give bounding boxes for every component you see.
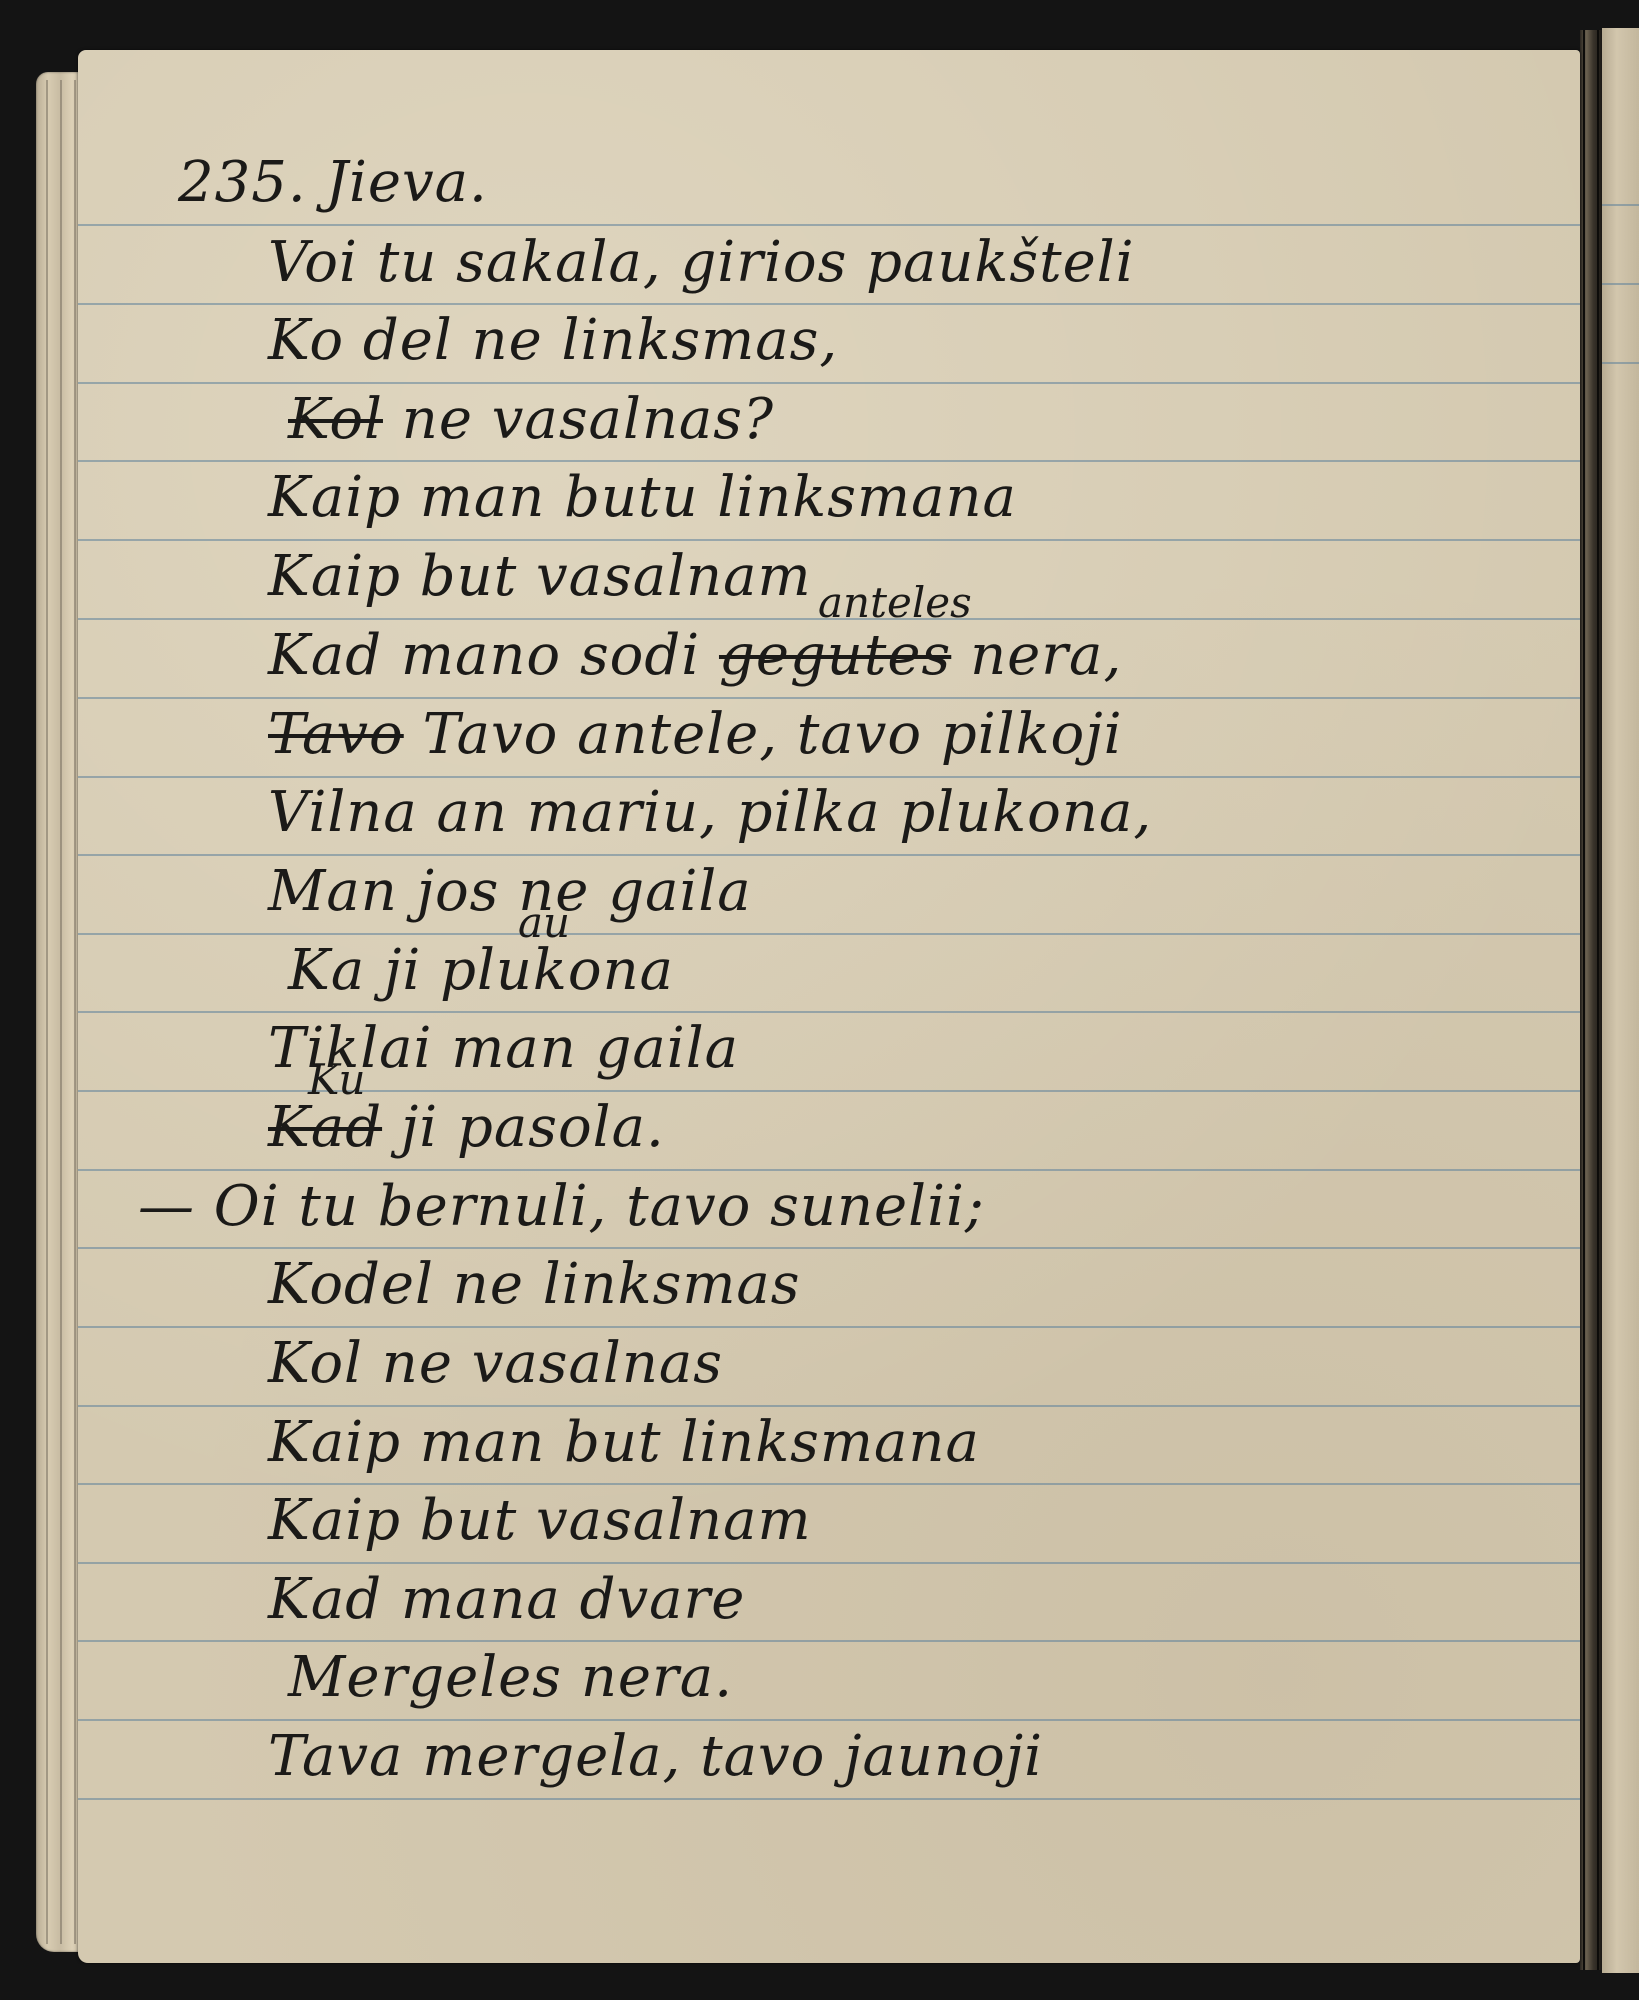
ruled-line bbox=[78, 854, 1580, 856]
song-heading: 235. Jieva. bbox=[178, 150, 488, 215]
ruled-line bbox=[78, 1719, 1580, 1721]
ruled-line bbox=[78, 776, 1580, 778]
verse-line: Tava mergela, tavo jaunoji bbox=[268, 1724, 1043, 1789]
gutter-line bbox=[1583, 30, 1585, 1970]
page-edge-line bbox=[46, 80, 48, 1944]
struck-word: gegutes bbox=[719, 623, 951, 688]
verse-line: Vilna an mariu, pilka plukona, bbox=[268, 780, 1152, 845]
ruled-line bbox=[78, 539, 1580, 541]
ruled-line bbox=[78, 1562, 1580, 1564]
ruled-line bbox=[78, 382, 1580, 384]
verse-line: Mergeles nera. bbox=[288, 1645, 733, 1710]
ruled-line bbox=[78, 933, 1580, 935]
verse-line: — Oi tu bernuli, tavo sunelii; bbox=[138, 1174, 985, 1239]
binding-gutter bbox=[1580, 30, 1602, 1970]
ruled-line bbox=[78, 1011, 1580, 1013]
verse-line: Kodel ne linksmas bbox=[268, 1252, 801, 1317]
ruled-line bbox=[78, 1798, 1580, 1800]
ruled-line bbox=[1602, 362, 1639, 364]
verse-line: Kad mana dvare bbox=[268, 1567, 745, 1632]
insertion-above: anteles bbox=[818, 578, 972, 627]
verse-line: Kaip but vasalnam bbox=[268, 544, 812, 609]
ruled-line bbox=[78, 1640, 1580, 1642]
ruled-line bbox=[1602, 204, 1639, 206]
page-edge-line bbox=[74, 80, 76, 1944]
page-edge-line bbox=[60, 80, 62, 1944]
verse-line: Ka ji plukona bbox=[288, 938, 674, 1003]
song-title: Jieva. bbox=[326, 150, 488, 215]
verse-text: ne vasalnas? bbox=[402, 387, 774, 452]
verse-line: Tavo Tavo antele, tavo pilkoji bbox=[268, 702, 1123, 767]
gutter-line bbox=[1597, 30, 1599, 1970]
ruled-line bbox=[78, 460, 1580, 462]
verse-line: Kad mano sodi gegutes nera, bbox=[268, 623, 1122, 688]
verse-line: Kaip man but linksmana bbox=[268, 1410, 980, 1475]
ruled-line bbox=[78, 1169, 1580, 1171]
verse-text: ji pasola. bbox=[401, 1095, 665, 1160]
notebook-page: 235. Jieva. Voi tu sakala, girios paukšt… bbox=[78, 50, 1580, 1963]
struck-word: Tavo bbox=[268, 702, 404, 767]
ruled-line bbox=[78, 1405, 1580, 1407]
ruled-line bbox=[78, 224, 1580, 226]
verse-text: Kad mano sodi bbox=[268, 623, 700, 688]
verse-line: Kol ne vasalnas bbox=[268, 1331, 723, 1396]
ruled-line bbox=[78, 1483, 1580, 1485]
ruled-line bbox=[78, 697, 1580, 699]
verse-line: Kad ji pasola. bbox=[268, 1095, 665, 1160]
ruled-line bbox=[78, 1247, 1580, 1249]
struck-word: Kol bbox=[288, 387, 383, 452]
ruled-line bbox=[78, 1090, 1580, 1092]
ruled-line bbox=[78, 303, 1580, 305]
verse-line: Kaip but vasalnam bbox=[268, 1488, 812, 1553]
ruled-line bbox=[78, 1326, 1580, 1328]
ruled-line bbox=[1602, 283, 1639, 285]
verse-text: Tavo antele, tavo pilkoji bbox=[423, 702, 1123, 767]
struck-word: Kad bbox=[268, 1095, 382, 1160]
verse-line: Voi tu sakala, girios paukšteli bbox=[268, 230, 1135, 295]
verse-line: Ko del ne linksmas, bbox=[268, 308, 838, 373]
verse-text-end: nera, bbox=[970, 623, 1122, 688]
verse-line: Kaip man butu linksmana bbox=[268, 465, 1017, 530]
facing-page-edge bbox=[1602, 28, 1639, 1973]
song-number: 235. bbox=[178, 150, 307, 215]
verse-line: Man jos ne gaila bbox=[268, 859, 752, 924]
verse-line: Kol ne vasalnas? bbox=[288, 387, 774, 452]
